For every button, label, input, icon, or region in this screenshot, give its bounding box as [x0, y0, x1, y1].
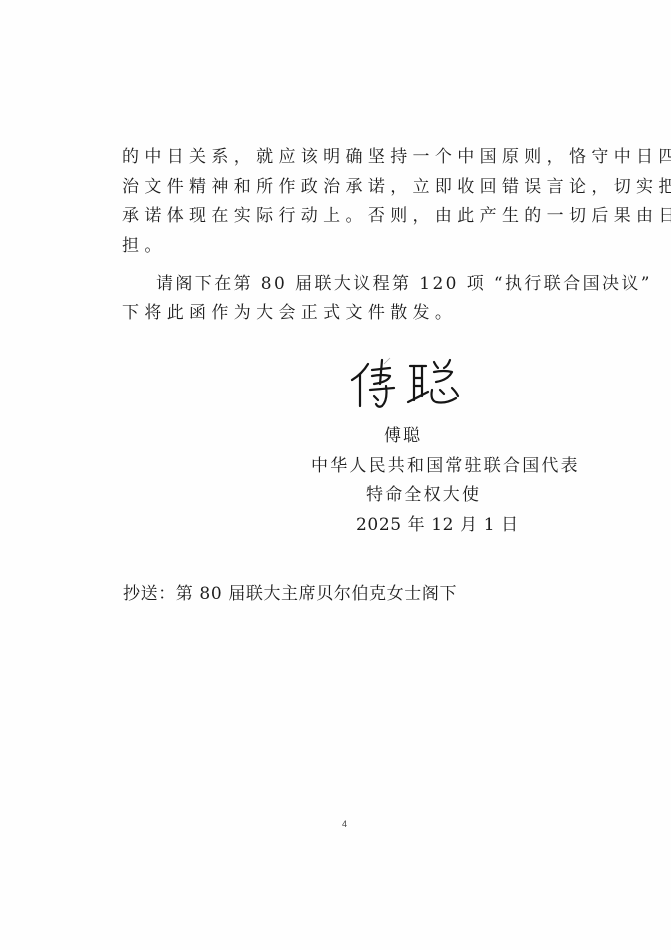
paragraph-1-line-2: 治文件精神和所作政治承诺，立即收回错误言论，切实把对华: [122, 176, 671, 198]
cc-line: 抄送：第 80 届联大主席贝尔伯克女士阁下: [123, 583, 457, 605]
signature-date: 2025 年 12 月 1 日: [356, 514, 519, 536]
document-page: 的中日关系，就应该明确坚持一个中国原则，恪守中日四个政 治文件精神和所作政治承诺…: [0, 0, 671, 950]
paragraph-2-line-1: 请阁下在第 80 届联大议程第 120 项 “执行联合国决议”: [156, 273, 652, 295]
signatory-title-line-1: 中华人民共和国常驻联合国代表: [311, 455, 580, 477]
paragraph-1-line-3: 承诺体现在实际行动上。否则，由此产生的一切后果由日方承: [122, 205, 671, 227]
paragraph-1-line-4: 担。: [122, 235, 167, 257]
paragraph-1-line-1: 的中日关系，就应该明确坚持一个中国原则，恪守中日四个政: [122, 146, 671, 168]
signatory-name: 傅聪: [384, 425, 422, 447]
page-number: 4: [342, 819, 347, 829]
handwritten-signature: [338, 356, 478, 416]
paragraph-2-line-2: 下将此函作为大会正式文件散发。: [122, 302, 457, 324]
signatory-title-line-2: 特命全权大使: [366, 484, 481, 506]
